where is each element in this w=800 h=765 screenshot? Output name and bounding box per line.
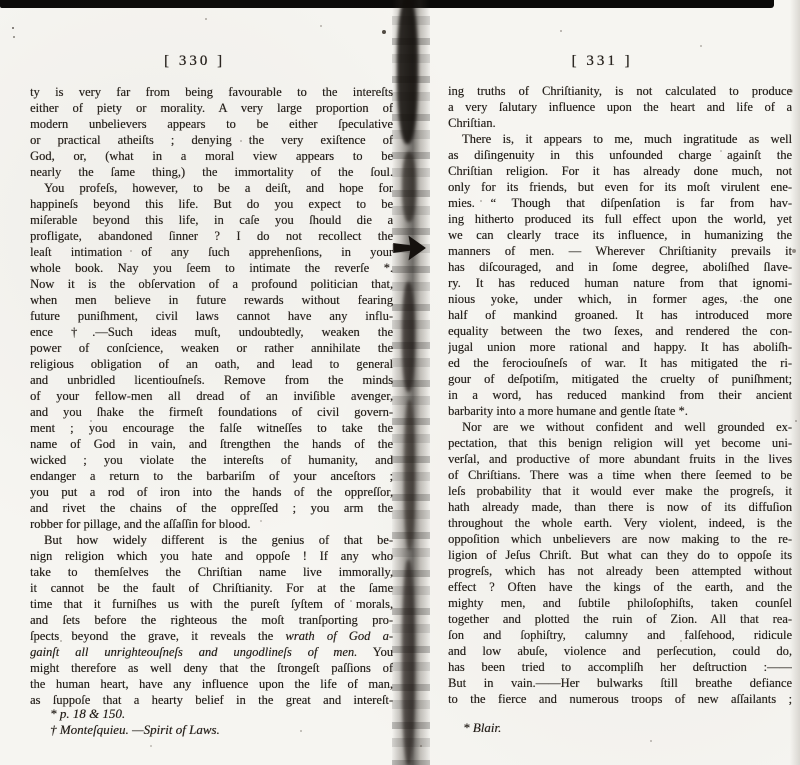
text-segment: and unbridled licentiouſneſs. Remove fro… xyxy=(30,373,393,387)
text-line: or practical atheiſts ; denying the very… xyxy=(30,132,393,148)
text-segment: But how widely different is the genius o… xyxy=(44,533,393,547)
text-line: jugal union more rational and happy. It … xyxy=(448,339,792,355)
text-line: has diſcouraged, and in ſome degree, abo… xyxy=(448,259,792,275)
text-segment: to the fierce and numerous troops of new… xyxy=(448,692,792,706)
text-segment: barbarity into a more humane and gentle … xyxy=(448,404,688,418)
text-line: to the fierce and numerous troops of new… xyxy=(448,691,792,707)
text-segment: effect ? Often have the kings of the ear… xyxy=(448,580,792,594)
text-line: endanger a return to the barbariſm of yo… xyxy=(30,468,393,484)
text-segment: Nor are we without confident and well gr… xyxy=(462,420,792,434)
text-line: it cannot be the fault of Chriſtianity. … xyxy=(30,580,393,596)
text-line: equality between the two ſexes, and rend… xyxy=(448,323,792,339)
text-segment: leſs probability that it would ever make… xyxy=(448,484,792,498)
text-segment: robber for pillage, and the aſſaſſin for… xyxy=(30,517,250,531)
text-segment: and you ſhake the firmeſt foundations of… xyxy=(30,405,393,419)
text-segment: happineſs beyond this life. But do you e… xyxy=(30,197,393,211)
text-segment: * p. 18 & 150. xyxy=(50,706,125,721)
text-line: There is, it appears to me, much ingrati… xyxy=(448,131,792,147)
text-line: modern unbelievers appears to be either … xyxy=(30,116,393,132)
text-line: and unbridled licentiouſneſs. Remove fro… xyxy=(30,372,393,388)
text-segment: has been tried to accompliſh her deſtruc… xyxy=(448,660,792,674)
text-segment: religious obligation of an oath, and lea… xyxy=(30,357,393,371)
text-line: and low abuſe, violence and perſecution,… xyxy=(448,643,792,659)
text-segment: nign religion which you hate and oppoſe … xyxy=(30,549,393,563)
text-line: ing hitherto produced its full effect up… xyxy=(448,211,792,227)
text-line: in a word, has reduced mankind from thei… xyxy=(448,387,792,403)
text-line: only for its friends, but even for its m… xyxy=(448,179,792,195)
text-segment: the human heart, have any influence upon… xyxy=(30,677,393,691)
page-text-block: ty is very far from being favourable to … xyxy=(30,84,393,708)
text-segment: ty is very far from being favourable to … xyxy=(30,85,393,99)
scan-right-edge-artifact xyxy=(790,0,800,765)
text-segment: † Monteſquieu. —Spirit of Laws. xyxy=(50,722,220,737)
text-segment: half of mankind groaned. It has introduc… xyxy=(448,308,792,322)
text-segment: There is, it appears to me, much ingrati… xyxy=(462,132,792,146)
text-line: ence †.—Such ideas muſt, undoubtedly, we… xyxy=(30,324,393,340)
text-line: ry. It has reduced human nature from tha… xyxy=(448,275,792,291)
text-segment: equality between the two ſexes, and rend… xyxy=(448,324,792,338)
text-segment: But in vain.——Her bulwarks ſtill breathe… xyxy=(448,676,792,690)
text-segment: and low abuſe, violence and perſecution,… xyxy=(448,644,792,658)
text-segment: in a word, has reduced mankind from thei… xyxy=(448,388,792,402)
text-line: and ſets before the righteous the moſt t… xyxy=(30,612,393,628)
gutter-ink-blob xyxy=(402,282,415,392)
text-line: barbarity into a more humane and gentle … xyxy=(448,403,792,419)
text-line: leaſt intimation of any ſuch apprehenſio… xyxy=(30,244,393,260)
text-segment: future puniſhment, civil laws cannot hav… xyxy=(30,309,393,323)
left-page: [ 330 ] ty is very far from being favour… xyxy=(30,0,393,765)
text-line: You profeſs, however, to be a deiſt, and… xyxy=(30,180,393,196)
text-line: Nor are we without confident and well gr… xyxy=(448,419,792,435)
text-line: either of piety or morality. A very larg… xyxy=(30,100,393,116)
text-segment: mighty men, and ſubtile philoſophiſts, t… xyxy=(448,596,792,610)
text-segment: time that it furniſhes us with the pureſ… xyxy=(30,597,393,611)
text-segment: profligate, abandoned ſinner ? I do not … xyxy=(30,229,393,243)
text-line: nious yoke, under which, in former ages,… xyxy=(448,291,792,307)
text-segment: ence †.—Such ideas muſt, undoubtedly, we… xyxy=(30,325,393,339)
text-segment: take to themſelves the Chriſtian name li… xyxy=(30,565,393,579)
text-line: ed the ferociouſneſs of war. It has miti… xyxy=(448,355,792,371)
text-segment: You profeſs, however, to be a deiſt, and… xyxy=(44,181,393,195)
text-line: gainſt all unrighteouſneſs and ungodline… xyxy=(30,644,393,660)
text-line: But in vain.——Her bulwarks ſtill breathe… xyxy=(448,675,792,691)
text-line: profligate, abandoned ſinner ? I do not … xyxy=(30,228,393,244)
italic-text-segment: gainſt all unrighteouſneſs and ungodline… xyxy=(30,645,357,659)
text-segment: has diſcouraged, and in ſome degree, abo… xyxy=(448,260,792,274)
text-segment: it cannot be the fault of Chriſtianity. … xyxy=(30,581,393,595)
text-line: nearly the ſame thing,) the immortality … xyxy=(30,164,393,180)
page-number-header: [ 330 ] xyxy=(13,53,376,70)
text-segment: together and plotted the ruin of Zion. A… xyxy=(448,612,792,626)
text-segment: manners of men. — Wherever Chriſtianity … xyxy=(448,244,792,258)
text-line: nign religion which you hate and oppoſe … xyxy=(30,548,393,564)
gutter-ink-blob xyxy=(402,560,415,765)
footnotes: * p. 18 & 150.† Monteſquieu. —Spirit of … xyxy=(50,706,220,738)
text-line: leſs probability that it would ever make… xyxy=(448,483,792,499)
text-line: pectation, that this benign religion wil… xyxy=(448,435,792,451)
text-segment: * Blair. xyxy=(463,720,501,735)
text-line: time that it furniſhes us with the pureſ… xyxy=(30,596,393,612)
gutter-ink-blob xyxy=(402,152,416,222)
text-segment: throughout the whole earth. Very violent… xyxy=(448,516,792,530)
text-segment: and rivet the chains of the oppreſſed ; … xyxy=(30,501,393,515)
text-line: progreſs, which has not already been att… xyxy=(448,563,792,579)
text-segment: nearly the ſame thing,) the immortality … xyxy=(30,165,393,179)
text-line: of your fellow-men all dread of an inviſ… xyxy=(30,388,393,404)
text-segment: endanger a return to the barbariſm of yo… xyxy=(30,469,393,483)
text-line: Now it is the obſervation of a profound … xyxy=(30,276,393,292)
text-line: of Chriſtians. There was a time when the… xyxy=(448,467,792,483)
text-segment: ing hitherto produced its full effect up… xyxy=(448,212,792,226)
text-segment: nious yoke, under which, in former ages,… xyxy=(448,292,792,306)
text-segment: ment ; you encourage the falſe witneſſes… xyxy=(30,421,393,435)
text-segment: and ſets before the righteous the moſt t… xyxy=(30,613,393,627)
text-segment: verſal, and productive of more abundant … xyxy=(448,452,792,466)
text-line: gour of deſpotiſm, mitigated the cruelty… xyxy=(448,371,792,387)
text-segment: oppoſition which unbelievers are now mak… xyxy=(448,532,792,546)
text-line: and you ſhake the firmeſt foundations of… xyxy=(30,404,393,420)
text-segment: you put a rod of iron into the hands of … xyxy=(30,485,393,499)
italic-text-segment: wrath of God a- xyxy=(285,629,393,643)
text-line: half of mankind groaned. It has introduc… xyxy=(448,307,792,323)
text-line: ligion of Jeſus Chriſt. But what can the… xyxy=(448,547,792,563)
text-line: as diſingenuity in this unfounded charge… xyxy=(448,147,792,163)
text-segment: Chriſtian religion. For it has already d… xyxy=(448,164,792,178)
text-segment: power of conſcience, weaken or rather an… xyxy=(30,341,393,355)
gutter-ink-blob xyxy=(397,0,418,144)
text-line: robber for pillage, and the aſſaſſin for… xyxy=(30,516,393,532)
text-segment: pectation, that this benign religion wil… xyxy=(448,436,792,450)
text-segment: only for its friends, but even for its m… xyxy=(448,180,792,194)
footnotes: * Blair. xyxy=(463,720,501,736)
text-line: But how widely different is the genius o… xyxy=(30,532,393,548)
page-number-header: [ 331 ] xyxy=(430,53,774,70)
gutter-ink-blob xyxy=(404,400,415,550)
text-line: the human heart, have any influence upon… xyxy=(30,676,393,692)
text-segment: Chriſtian. xyxy=(448,116,496,130)
text-segment: when men believe in future rewards witho… xyxy=(30,293,393,307)
text-line: take to themſelves the Chriſtian name li… xyxy=(30,564,393,580)
text-line: effect ? Often have the kings of the ear… xyxy=(448,579,792,595)
text-segment: as ſuppoſe that a hearty belief in the g… xyxy=(30,693,393,707)
text-line: might therefore as well deny that the ſt… xyxy=(30,660,393,676)
text-line: when men believe in future rewards witho… xyxy=(30,292,393,308)
text-line: verſal, and productive of more abundant … xyxy=(448,451,792,467)
text-line: together and plotted the ruin of Zion. A… xyxy=(448,611,792,627)
book-gutter-shadow xyxy=(392,0,430,765)
text-line: mies. “ Though that diſpenſation is far … xyxy=(448,195,792,211)
text-segment: either of piety or morality. A very larg… xyxy=(30,101,393,115)
text-segment: ſpects beyond the grave, it reveals the xyxy=(30,629,285,643)
text-line: hath already made, than there is now of … xyxy=(448,499,792,515)
text-line: ment ; you encourage the falſe witneſſes… xyxy=(30,420,393,436)
text-line: Chriſtian religion. For it has already d… xyxy=(448,163,792,179)
text-line: Chriſtian. xyxy=(448,115,792,131)
text-segment: mies. “ Though that diſpenſation is far … xyxy=(448,196,792,210)
text-line: has been tried to accompliſh her deſtruc… xyxy=(448,659,792,675)
text-segment: we can clearly trace its influence, in h… xyxy=(448,228,792,242)
text-line: * p. 18 & 150. xyxy=(50,706,220,722)
text-segment: of Chriſtians. There was a time when the… xyxy=(448,468,792,482)
text-segment: ſon and ſophiſtry, calumny and falſehood… xyxy=(448,628,792,642)
text-segment: leaſt intimation of any ſuch apprehenſio… xyxy=(30,245,393,259)
text-line: whole book. Nay you ſeem to intimate the… xyxy=(30,260,393,276)
text-line: we can clearly trace its influence, in h… xyxy=(448,227,792,243)
text-segment: You xyxy=(357,645,393,659)
text-line: and rivet the chains of the oppreſſed ; … xyxy=(30,500,393,516)
text-segment: modern unbelievers appears to be either … xyxy=(30,117,393,131)
text-line: * Blair. xyxy=(463,720,501,736)
text-segment: as diſingenuity in this unfounded charge… xyxy=(448,148,792,162)
text-segment: ry. It has reduced human nature from tha… xyxy=(448,276,792,290)
text-segment: ligion of Jeſus Chriſt. But what can the… xyxy=(448,548,792,562)
text-segment: wicked ; you violate the intereſts of hu… xyxy=(30,453,393,467)
text-line: name of God in vain, and ſtrengthen the … xyxy=(30,436,393,452)
text-segment: Now it is the obſervation of a profound … xyxy=(30,277,393,291)
text-line: miſerable beyond this life, in caſe you … xyxy=(30,212,393,228)
text-line: ſpects beyond the grave, it reveals the … xyxy=(30,628,393,644)
text-line: oppoſition which unbelievers are now mak… xyxy=(448,531,792,547)
text-line: ing truths of Chriſtianity, is not calcu… xyxy=(448,83,792,99)
text-line: ty is very far from being favourable to … xyxy=(30,84,393,100)
text-segment: might therefore as well deny that the ſt… xyxy=(30,661,393,675)
text-line: † Monteſquieu. —Spirit of Laws. xyxy=(50,722,220,738)
text-line: happineſs beyond this life. But do you e… xyxy=(30,196,393,212)
text-segment: God, or, (what in a moral view appears t… xyxy=(30,149,393,163)
text-line: ſon and ſophiſtry, calumny and falſehood… xyxy=(448,627,792,643)
right-page: [ 331 ] ing truths of Chriſtianity, is n… xyxy=(448,0,792,765)
text-segment: of your fellow-men all dread of an inviſ… xyxy=(30,389,393,403)
text-segment: ing truths of Chriſtianity, is not calcu… xyxy=(448,84,792,98)
text-line: throughout the whole earth. Very violent… xyxy=(448,515,792,531)
text-segment: whole book. Nay you ſeem to intimate the… xyxy=(30,261,393,275)
text-line: future puniſhment, civil laws cannot hav… xyxy=(30,308,393,324)
text-line: a very ſalutary influence upon the heart… xyxy=(448,99,792,115)
text-line: religious obligation of an oath, and lea… xyxy=(30,356,393,372)
text-line: power of conſcience, weaken or rather an… xyxy=(30,340,393,356)
text-line: mighty men, and ſubtile philoſophiſts, t… xyxy=(448,595,792,611)
text-segment: hath already made, than there is now of … xyxy=(448,500,792,514)
text-line: manners of men. — Wherever Chriſtianity … xyxy=(448,243,792,259)
text-segment: gour of deſpotiſm, mitigated the cruelty… xyxy=(448,372,792,386)
text-segment: miſerable beyond this life, in caſe you … xyxy=(30,213,393,227)
ink-blot-arrow xyxy=(393,234,426,262)
text-segment: progreſs, which has not already been att… xyxy=(448,564,792,578)
page-text-block: ing truths of Chriſtianity, is not calcu… xyxy=(448,83,792,707)
text-segment: name of God in vain, and ſtrengthen the … xyxy=(30,437,393,451)
text-segment: a very ſalutary influence upon the heart… xyxy=(448,100,792,114)
text-segment: or practical atheiſts ; denying the very… xyxy=(30,133,393,147)
text-segment: jugal union more rational and happy. It … xyxy=(448,340,792,354)
text-line: God, or, (what in a moral view appears t… xyxy=(30,148,393,164)
text-segment: ed the ferociouſneſs of war. It has miti… xyxy=(448,356,792,370)
text-line: wicked ; you violate the intereſts of hu… xyxy=(30,452,393,468)
text-line: you put a rod of iron into the hands of … xyxy=(30,484,393,500)
